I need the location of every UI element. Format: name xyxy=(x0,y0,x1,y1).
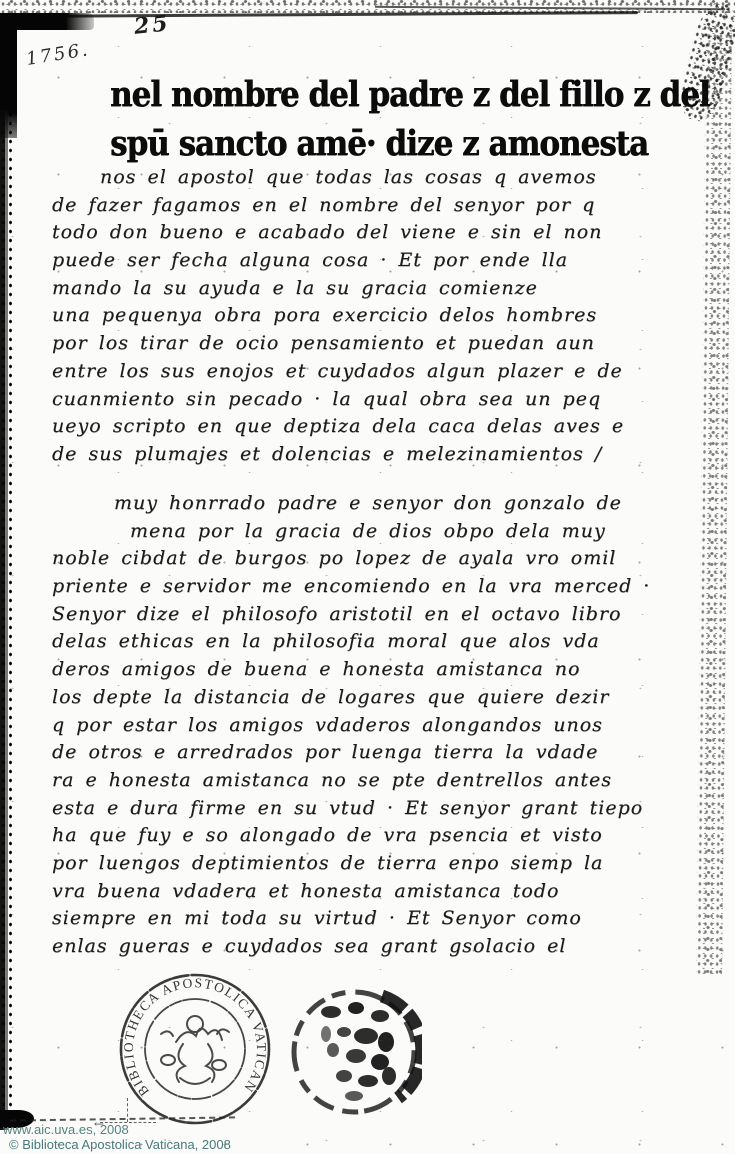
heading-line: nel nombre del padre z del fillo z del xyxy=(110,70,670,119)
manuscript-line: los depte la distancia de logares que qu… xyxy=(52,686,650,714)
stamp-ink-blobs xyxy=(321,1002,396,1101)
manuscript-line: una pequenya obra pora exercicio delos h… xyxy=(52,304,624,332)
manuscript-line: ueyo scripto en que deptiza dela caca de… xyxy=(52,415,624,443)
manuscript-line: deros amigos de buena e honesta amistanc… xyxy=(52,658,650,686)
manuscript-scan-page: ← 25 1756. nel nombre del padre z del fi… xyxy=(0,0,735,1154)
heading-line: spū sancto amē· dize z amonesta xyxy=(110,119,670,168)
watermark-url: www.aic.uva.es, 2008 xyxy=(3,1122,129,1137)
manuscript-paragraph-1: nos el apostol que todas las cosas q ave… xyxy=(52,166,624,471)
catalog-number: 1756. xyxy=(25,39,92,70)
manuscript-line: mando la su ayuda e la su gracia comienz… xyxy=(52,277,624,305)
watermark-copyright: © Biblioteca Apostolica Vaticana, 2008 xyxy=(9,1137,231,1152)
stamp-ring-text: BIBLIOTHECA APOSTOLICA VATICANA xyxy=(116,972,269,1099)
manuscript-line: todo don bueno e acabado del viene e sin… xyxy=(52,221,624,249)
manuscript-line: cuanmiento sin pecado · la qual obra sea… xyxy=(52,388,624,416)
manuscript-line: ra e honesta amistanca no se pte dentrel… xyxy=(52,769,650,797)
manuscript-line: mena por la gracia de dios obpo dela muy xyxy=(52,520,650,548)
manuscript-line: puede ser fecha alguna cosa · Et por end… xyxy=(52,249,624,277)
vatican-library-stamp: BIBLIOTHECA APOSTOLICA VATICANA xyxy=(116,972,274,1130)
manuscript-line: muy honrrado padre e senyor don gonzalo … xyxy=(52,492,650,520)
folio-number: 25 xyxy=(133,10,172,40)
manuscript-line: de fazer fagamos en el nombre del senyor… xyxy=(52,194,624,222)
manuscript-line: de otros e arredrados por luenga tierra … xyxy=(52,741,650,769)
manuscript-line: esta e dura firme en su vtud · Et senyor… xyxy=(52,797,650,825)
svg-text:BIBLIOTHECA APOSTOLICA VATICAN: BIBLIOTHECA APOSTOLICA VATICANA xyxy=(116,972,269,1099)
manuscript-line: de sus plumajes et dolencias e melezinam… xyxy=(52,443,624,471)
manuscript-line: siempre en mi toda su virtud · Et Senyor… xyxy=(52,907,650,935)
manuscript-line: noble cibdat de burgos po lopez de ayala… xyxy=(52,547,650,575)
stamp-center-figure xyxy=(161,1016,229,1084)
manuscript-paragraph-2: muy honrrado padre e senyor don gonzalo … xyxy=(52,492,650,963)
manuscript-line: Senyor dize el philosofo aristotil en el… xyxy=(52,603,650,631)
manuscript-line: vra buena vdadera et honesta amistanca t… xyxy=(52,880,650,908)
manuscript-line: por luengos deptimientos de tierra enpo … xyxy=(52,852,650,880)
manuscript-line: delas ethicas en la philosofia moral que… xyxy=(52,630,650,658)
manuscript-line: priente e servidor me encomiendo en la v… xyxy=(52,575,650,603)
manuscript-line: entre los sus enojos et cuydados algun p… xyxy=(52,360,624,388)
manuscript-line: por los tirar de ocio pensamiento et pue… xyxy=(52,332,624,360)
scan-left-edge-bar xyxy=(0,110,12,1130)
manuscript-line: q por estar los amigos vdaderos alongand… xyxy=(52,714,650,742)
manuscript-heading: nel nombre del padre z del fillo z delsp… xyxy=(110,70,670,169)
manuscript-line: enlas gueras e cuydados sea grant gsolac… xyxy=(52,935,650,963)
dark-ink-stamp xyxy=(286,984,422,1124)
manuscript-line: nos el apostol que todas las cosas q ave… xyxy=(52,166,624,194)
scan-right-edge-noise xyxy=(696,24,732,974)
manuscript-line: ha que fuy e so alongado de vra psencia … xyxy=(52,824,650,852)
